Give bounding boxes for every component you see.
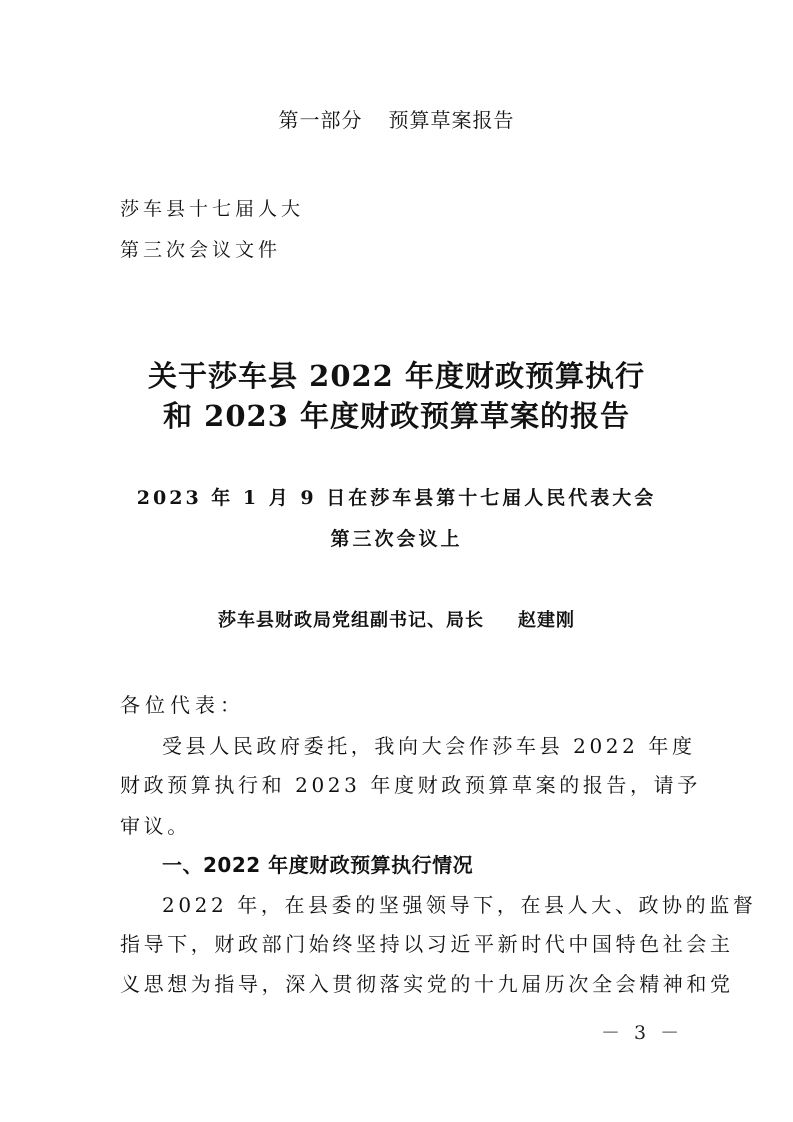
part-name: 预算草案报告 [389, 108, 515, 132]
paragraph-2-line-3: 义思想为指导，深入贯彻落实党的十九届历次全会精神和党 [120, 972, 673, 996]
speaker-name: 赵建刚 [518, 610, 575, 631]
speaker-title: 莎车县财政局党组副书记、局长 [218, 610, 484, 631]
paragraph-2-line-2: 指导下，财政部门始终坚持以习近平新时代中国特色社会主 [120, 932, 673, 956]
paragraph-2-line-1: 2022 年，在县委的坚强领导下，在县人大、政协的监督 [162, 893, 673, 917]
file-label-line-2: 第三次会议文件 [120, 235, 281, 262]
speaker-line: 莎车县财政局党组副书记、局长赵建刚 [0, 606, 793, 632]
meeting-info-line-1: 2023 年 1 月 9 日在莎车县第十七届人民代表大会 [0, 483, 793, 510]
file-label-line-1: 莎车县十七届人大 [120, 194, 304, 221]
meeting-info-line-2: 第三次会议上 [0, 524, 793, 551]
greeting: 各位代表： [120, 689, 245, 718]
paragraph-1-line-1: 受县人民政府委托，我向大会作莎车县 2022 年度 [162, 734, 673, 758]
part-label: 第一部分 [279, 108, 363, 132]
document-title-line-1: 关于莎车县 2022 年度财政预算执行 [0, 354, 793, 395]
page-number: － 3 － [601, 1018, 683, 1045]
part-title: 第一部分预算草案报告 [0, 104, 793, 133]
paragraph-1-line-2: 财政预算执行和 2023 年度财政预算草案的报告，请予 [120, 773, 673, 797]
document-title-line-2: 和 2023 年度财政预算草案的报告 [0, 394, 793, 435]
section-heading-1: 一、2022 年度财政预算执行情况 [162, 853, 473, 877]
paragraph-1-line-3: 审议。 [120, 814, 673, 838]
